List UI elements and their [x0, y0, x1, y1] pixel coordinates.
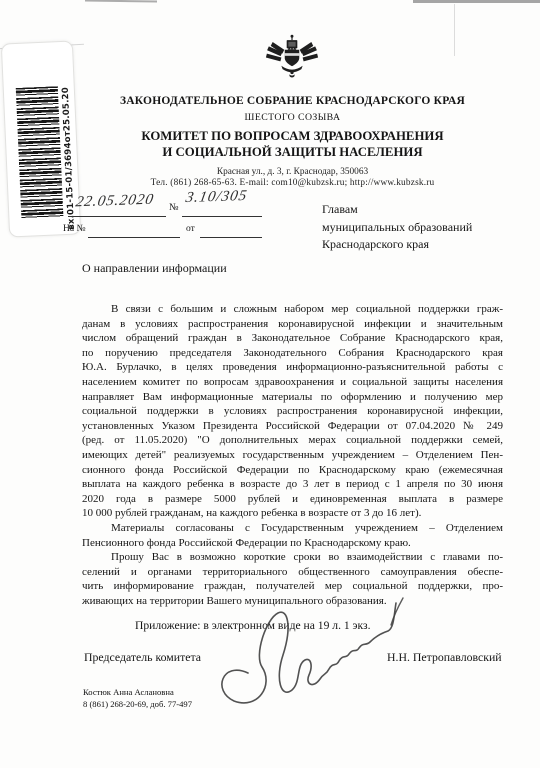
krasnodar-krai-coat-of-arms-icon	[263, 27, 321, 89]
body-line: Прошу Вас в возможно короткие сроки во в…	[82, 550, 503, 565]
recipient-line: Краснодарского края	[322, 236, 472, 254]
body-line: социальной поддержки в условиях распрост…	[82, 404, 503, 419]
org-contacts: Тел. (861) 268-65-63. E-mail: com10@kubz…	[83, 178, 502, 188]
body-line: направляет Вам информационные материалы …	[82, 390, 503, 405]
convocation-subtitle: ШЕСТОГО СОЗЫВА	[83, 112, 502, 123]
body-line: В связи с большим и сложным набором мер …	[82, 302, 503, 317]
handwritten-outgoing-number: 3.10/305	[184, 188, 248, 207]
executor-block: Костюк Анна Аслановна 8 (861) 268-20-69,…	[83, 687, 192, 710]
body-line: Ю.А. Бурлачко, в целях проведения информ…	[82, 360, 503, 375]
body-line: установленных Указом Президента Российск…	[82, 419, 503, 434]
date-underline	[68, 216, 166, 217]
body-line: Пенсионного фонда Российской Федерации п…	[82, 536, 503, 551]
number-underline	[182, 216, 262, 217]
body-line: выплата на каждого ребенка в возрасте до…	[82, 477, 503, 492]
body-line: данам в условиях распространения коронав…	[82, 317, 503, 332]
org-address: Красная ул., д. 3, г. Краснодар, 350063	[83, 167, 502, 177]
handwritten-signature	[208, 591, 415, 721]
paper-edge-line	[454, 4, 455, 56]
scan-smudge-top-left	[85, 0, 157, 3]
body-line: 10 000 рублей гражданам, на каждого ребе…	[82, 506, 503, 521]
letter-body: В связи с большим и сложным набором мер …	[82, 302, 503, 608]
signer-position: Председатель комитета	[84, 650, 201, 665]
body-line: населением комитет по вопросам здравоохр…	[82, 375, 503, 390]
scanned-letter-page: вх.01-15-01/3694от25.05.20	[0, 0, 540, 768]
body-line: Материалы согласованы с Государственным …	[82, 521, 503, 536]
executor-phone: 8 (861) 268-20-69, доб. 77-497	[83, 699, 192, 711]
committee-title-line2: И СОЦИАЛЬНОЙ ЗАЩИТЫ НАСЕЛЕНИЯ	[83, 145, 502, 160]
recipient-block: Главам муниципальных образований Краснод…	[322, 201, 472, 254]
barcode-icon	[16, 86, 64, 220]
scan-smudge-top-right	[413, 0, 540, 3]
body-line: числом обращений граждан в Законодательн…	[82, 331, 503, 346]
reference-number-underline	[88, 237, 180, 238]
registration-sticker: вх.01-15-01/3694от25.05.20	[1, 41, 81, 238]
executor-name: Костюк Анна Аслановна	[83, 687, 192, 699]
organization-title: ЗАКОНОДАТЕЛЬНОЕ СОБРАНИЕ КРАСНОДАРСКОГО …	[83, 95, 502, 107]
body-line: 2020 года в размере 5000 рублей и единов…	[82, 492, 503, 507]
body-line: по поручению председателя Законодательно…	[82, 346, 503, 361]
reference-from-label: от	[186, 224, 195, 234]
handwritten-date: 22.05.2020	[74, 192, 155, 212]
body-line: селений и органами территориального обще…	[82, 565, 503, 580]
reference-number-label: На №	[63, 224, 86, 234]
recipient-line: Главам	[322, 201, 472, 219]
reference-from-underline	[200, 237, 262, 238]
number-sign-label: №	[169, 202, 179, 213]
body-line: (ред. от 11.05.2020) "О дополнительных м…	[82, 433, 503, 448]
committee-title-line1: КОМИТЕТ ПО ВОПРОСАМ ЗДРАВООХРАНЕНИЯ	[83, 129, 502, 144]
recipient-line: муниципальных образований	[322, 219, 472, 237]
body-line: имеющих детей" реализуемых государственн…	[82, 448, 503, 463]
letter-subject: О направлении информации	[82, 261, 227, 276]
body-line: сионного фонда Российской Федерации по К…	[82, 463, 503, 478]
